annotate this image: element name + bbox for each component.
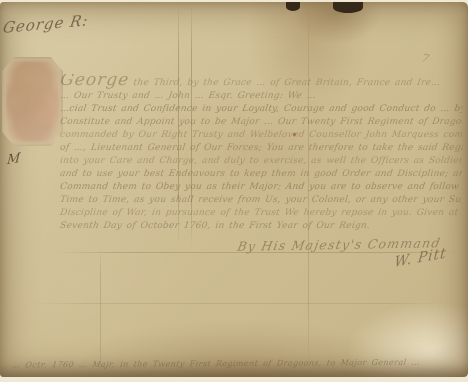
- body-line: into your Care and Charge, and duly to e…: [59, 155, 463, 168]
- embossed-paper-seal-icon: [2, 57, 63, 146]
- body-line: Command them to Obey you as their Major;…: [59, 181, 463, 194]
- body-line: …cial Trust and Confidence in your Loyal…: [59, 103, 463, 116]
- body-line-text: the Third, by the Grace … of Great Brita…: [133, 78, 441, 88]
- tear-mark: [333, 2, 363, 13]
- seal-emboss-highlight: [2, 57, 63, 146]
- opening-word: George: [59, 74, 131, 90]
- body-line: George the Third, by the Grace … of Grea…: [59, 74, 463, 90]
- body-line: commanded by Our Right Trusty and Welbel…: [59, 129, 463, 142]
- crease-line: [100, 248, 101, 376]
- body-line: Constitute and Appoint you to be Major ……: [59, 116, 463, 129]
- body-line: … Our Trusty and … John … Esqr. Greeting…: [59, 90, 463, 103]
- document-body: George the Third, by the Grace … of Grea…: [60, 74, 462, 233]
- body-line: Time to Time, as you shall receive from …: [59, 194, 463, 207]
- body-line: of …, Lieutenant General of Our Forces; …: [59, 142, 463, 155]
- margin-ink-mark: M: [6, 151, 20, 169]
- body-line: Seventh Day of October 1760, in the Firs…: [59, 220, 463, 233]
- body-line: and to use your best Endeavours to keep …: [59, 168, 463, 181]
- tear-mark: [286, 2, 300, 11]
- body-line: Discipline of War, in pursuance of the T…: [59, 207, 463, 220]
- scanned-document-photo: George R: M 7 George the Third, by the G…: [0, 0, 468, 382]
- crease-line: [30, 303, 450, 304]
